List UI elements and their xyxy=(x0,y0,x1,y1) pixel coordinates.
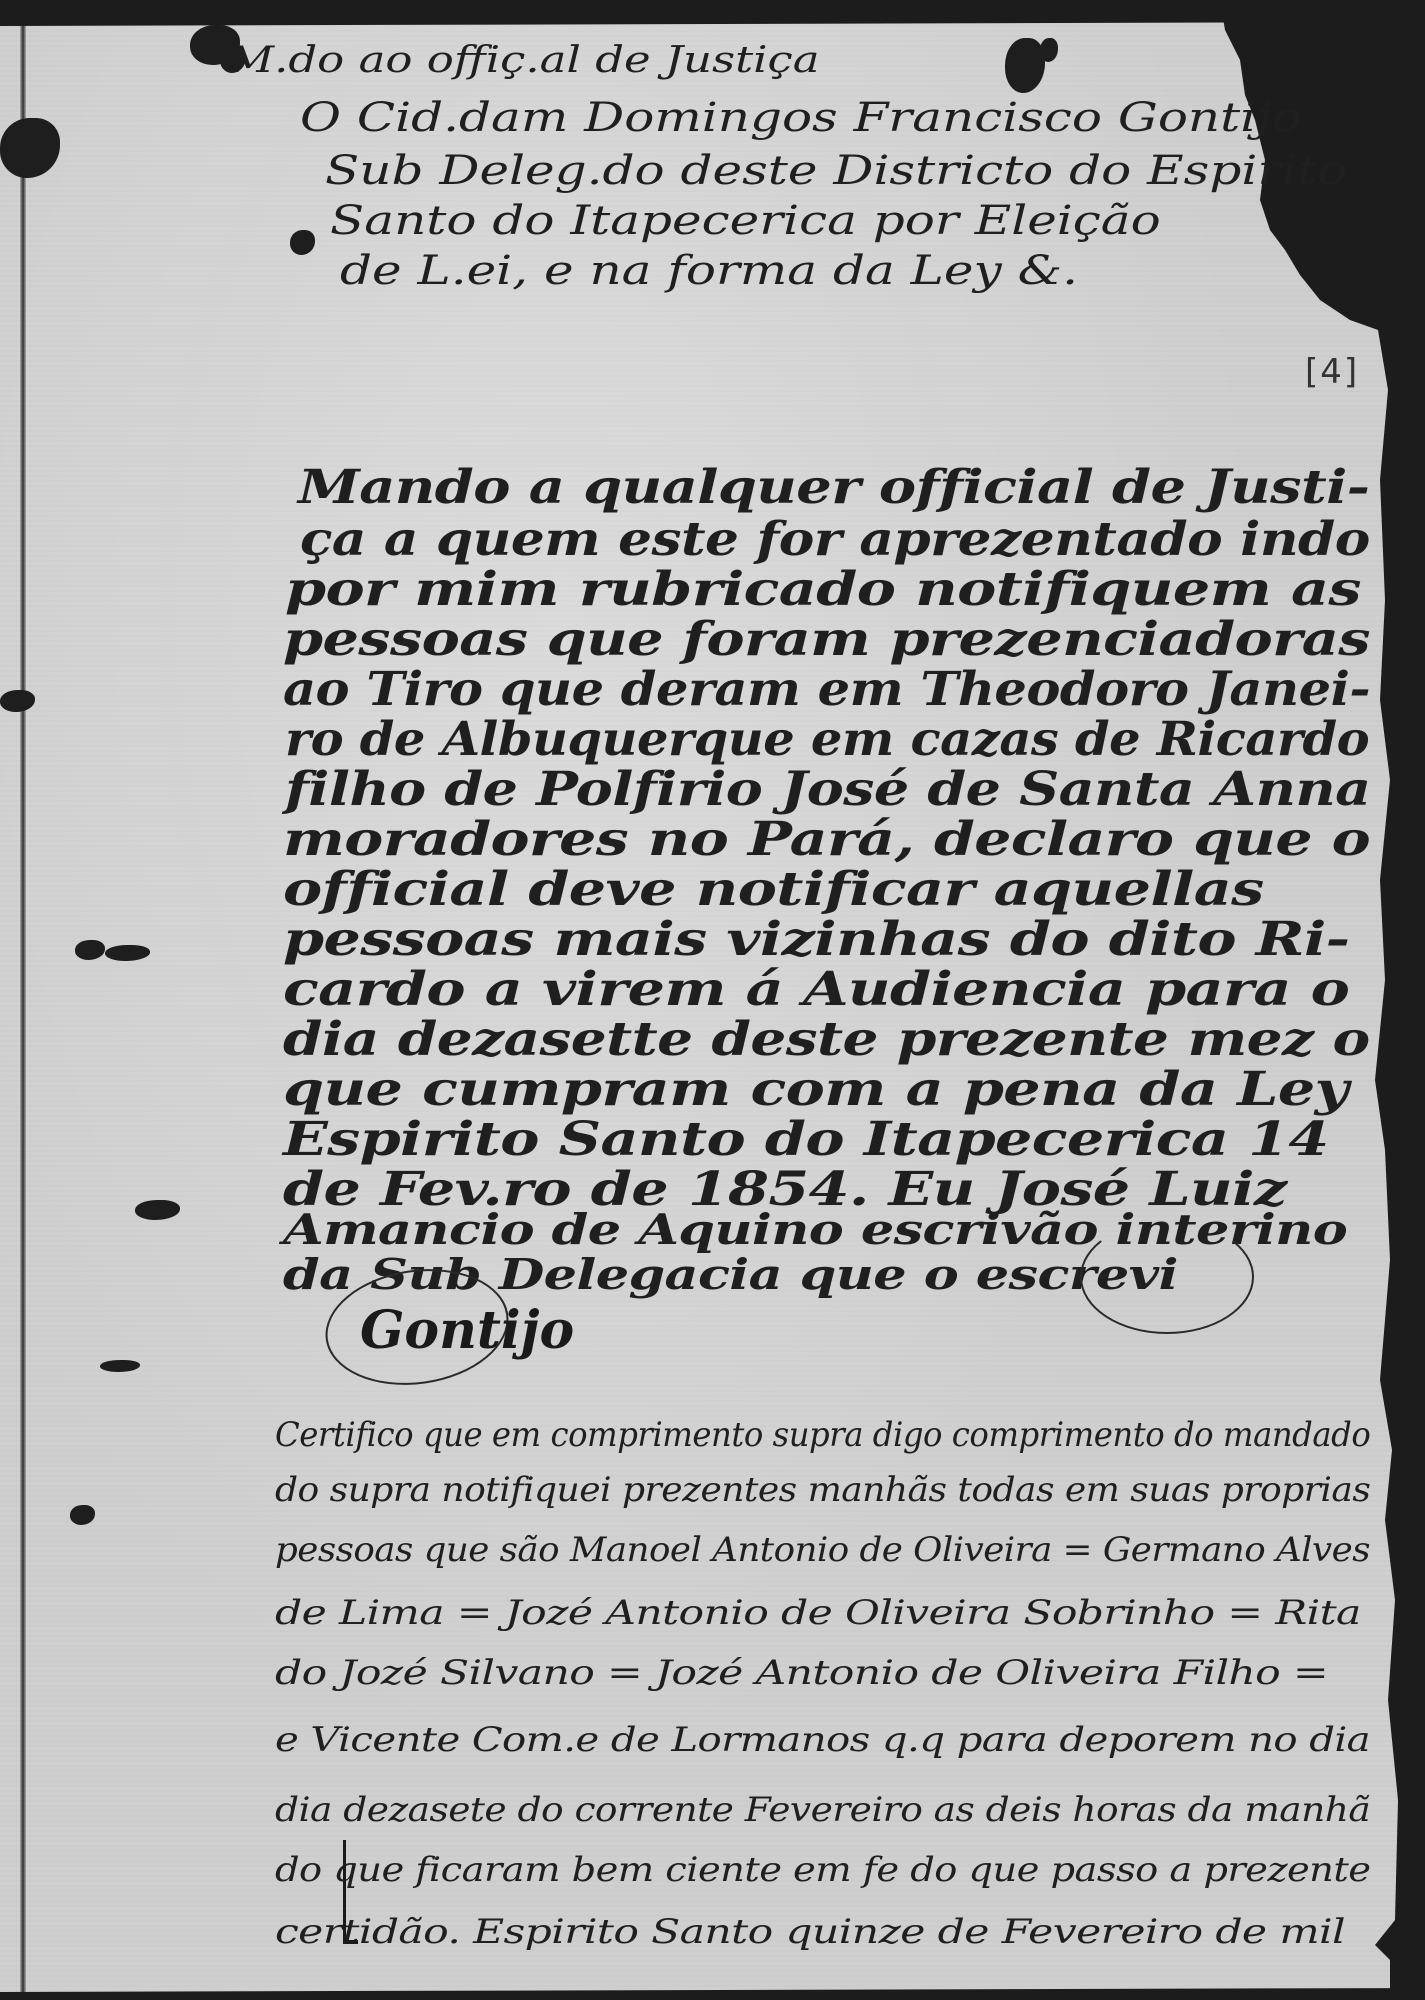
header-line: Santo do Itapecerica por Eleição xyxy=(330,198,1161,244)
bracket-mark xyxy=(343,1840,358,1944)
order-line: official deve notificar aquellas xyxy=(283,862,1264,917)
order-line: filho de Polfirio José de Santa Anna xyxy=(285,762,1371,817)
order-line: Mando a qualquer official de Justi- xyxy=(298,460,1369,515)
order-line: cardo a virem á Audiencia para o xyxy=(283,962,1349,1017)
header-line: de L.ei, e na forma da Ley &. xyxy=(340,248,1078,294)
certificate-line: pessoas que são Manoel Antonio de Olivei… xyxy=(275,1530,1370,1570)
order-line: dia dezasette deste prezente mez o xyxy=(283,1012,1370,1067)
order-line: pessoas mais vizinhas do dito Ri- xyxy=(283,912,1349,967)
certificate-line: e Vicente Com.e de Lormanos q.q para dep… xyxy=(275,1720,1370,1760)
order-line: ao Tiro que deram em Theodoro Janei- xyxy=(283,662,1370,717)
order-line: moradores no Pará, declaro que o xyxy=(283,812,1370,867)
certificate-line: certidão. Espirito Santo quinze de Fever… xyxy=(275,1912,1345,1952)
page-fold-line xyxy=(20,22,26,2000)
order-line: pessoas que foram prezenciadoras xyxy=(283,612,1370,667)
certificate-line: do Jozé Silvano = Jozé Antonio de Olivei… xyxy=(275,1653,1328,1693)
certificate-line: dia dezasete do corrente Fevereiro as de… xyxy=(275,1790,1370,1830)
header-line: M.do ao offiç.al de Justiça xyxy=(228,40,820,81)
order-line: ro de Albuquerque em cazas de Ricardo xyxy=(285,712,1369,767)
signature-flourish xyxy=(1080,1220,1254,1334)
certificate-line: de Lima = Jozé Antonio de Oliveira Sobri… xyxy=(275,1593,1361,1633)
header-line: O Cid.dam Domingos Francisco Gontijo xyxy=(300,95,1302,141)
certificate-line: do supra notifiquei prezentes manhãs tod… xyxy=(275,1470,1370,1510)
order-line: que cumpram com a pena da Ley xyxy=(283,1062,1348,1117)
page-number: [4] xyxy=(1305,352,1359,392)
manuscript-scan: [4] M.do ao offiç.al de Justiça O Cid.da… xyxy=(0,0,1425,2000)
header-line: Sub Deleg.do deste Districto do Espirito xyxy=(325,148,1347,194)
order-line: por mim rubricado notifiquem as xyxy=(285,562,1361,617)
order-line: ça a quem este for aprezentado indo xyxy=(300,512,1370,567)
order-line: Espirito Santo do Itapecerica 14 xyxy=(283,1112,1329,1167)
certificate-line: do que ficaram bem ciente em fe do que p… xyxy=(275,1850,1370,1890)
signature: Gontijo xyxy=(360,1300,574,1361)
certificate-line: Certifico que em comprimento supra digo … xyxy=(275,1415,1370,1455)
